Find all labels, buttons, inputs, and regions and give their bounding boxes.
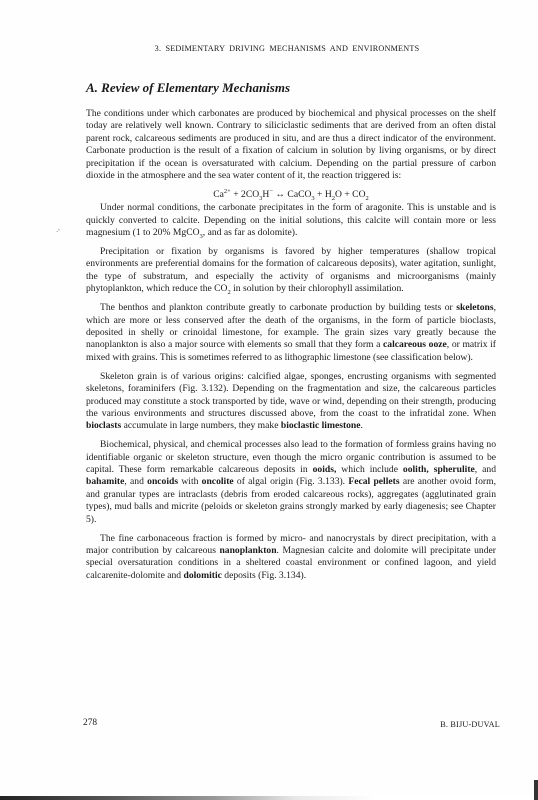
text-run: , and [124,476,147,487]
eq-part: + 2CO [231,189,259,200]
page-number: 278 [83,718,97,728]
eq-subscript: 2 [366,195,369,202]
chemical-equation: Ca2+ + 2CO3H− ↔ CaCO3 + H2O + CO2 [86,189,496,201]
bold-term: bioclasts [86,420,121,431]
bold-term: calcareous ooze [383,339,447,350]
paragraph-3: Precipitation or fixation by organisms i… [86,246,496,296]
paragraph-4: The benthos and plankton contribute grea… [86,302,496,364]
bold-term: oncolite [202,476,234,487]
bold-term: ooids, [313,464,337,475]
text-run: Skeleton grain is of various origins: ca… [86,371,496,419]
text-run: which include [336,464,403,475]
paragraph-1-text: The conditions under which carbonates ar… [86,108,496,181]
bold-term: nanoplankton [219,545,276,556]
author-name: B. BIJU-DUVAL [440,720,500,729]
book-page: 3. SEDIMENTARY DRIVING MECHANISMS AND EN… [0,0,538,800]
eq-superscript: 2+ [224,188,231,195]
text-run: accumulate in large numbers, they make [121,420,281,431]
margin-mark: ·' [56,228,60,236]
text-run: deposits (Fig. 3.134). [222,570,306,581]
running-head: 3. SEDIMENTARY DRIVING MECHANISMS AND EN… [0,44,538,53]
text-run: , and [475,464,496,475]
bold-term: skeletons [456,302,493,313]
section-title: A. Review of Elementary Mechanisms [86,80,290,96]
bold-term: bioclastic limestone [281,420,361,431]
text-run: of algal origin (Fig. 3.133). [234,476,349,487]
bold-term: Fecal pellets [348,476,399,487]
paragraph-1: The conditions under which carbonates ar… [86,108,496,182]
bold-term: oncoids [147,476,178,487]
paragraph-2: Under normal conditions, the carbonate p… [86,202,496,239]
paragraph-7: The fine carbonaceous fraction is formed… [86,533,496,583]
bold-term: dolomitic [184,570,222,581]
eq-part: Ca [213,189,224,200]
paragraph-6: Biochemical, physical, and chemical proc… [86,439,496,526]
body-text: The conditions under which carbonates ar… [86,108,496,589]
text-run: with [178,476,202,487]
eq-part: O + CO [335,189,365,200]
scan-shadow-edge [0,796,538,800]
eq-part: ↔ CaCO [273,189,311,200]
bold-term: bahamite [86,476,124,487]
text-run: , and as far as dolomite). [203,227,298,238]
text-run: in solution by their chlorophyll assimil… [231,283,404,294]
scan-shadow-corner [534,780,538,800]
eq-part: + H [315,189,332,200]
text-run: The benthos and plankton contribute grea… [100,302,456,313]
text-run: . [361,420,363,431]
paragraph-5: Skeleton grain is of various origins: ca… [86,371,496,433]
bold-term: oolith, spherulite [403,464,475,475]
